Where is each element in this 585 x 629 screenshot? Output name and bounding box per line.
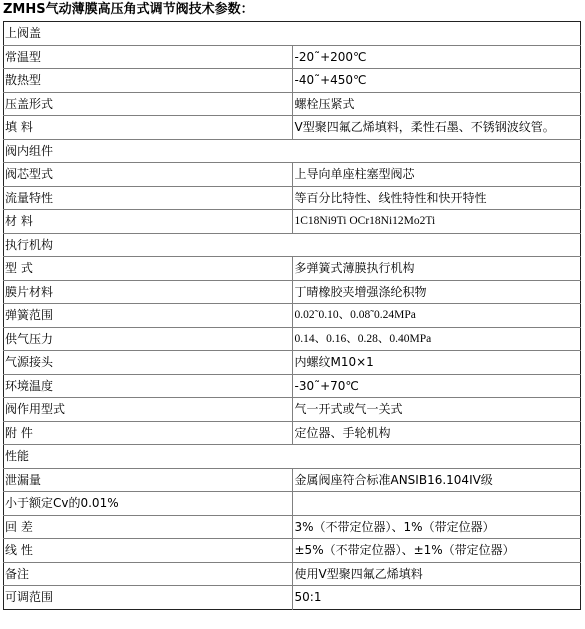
param-label: 流量特性: [4, 186, 293, 210]
table-row: 线 性 ±5%（不带定位器）、±1%（带定位器）: [4, 539, 581, 563]
table-row: 膜片材料 丁晴橡胶夹增强涤纶积物: [4, 280, 581, 304]
param-label: 小于额定Cv的0.01%: [4, 492, 293, 516]
param-value: 丁晴橡胶夹增强涤纶积物: [292, 280, 581, 304]
param-label: 可调范围: [4, 586, 293, 610]
param-label: 弹簧范围: [4, 304, 293, 328]
param-label: 阀作用型式: [4, 398, 293, 422]
param-label: 材 料: [4, 210, 293, 234]
param-label: 气源接头: [4, 351, 293, 375]
table-row: 附 件 定位器、手轮机构: [4, 421, 581, 445]
param-value: [292, 492, 581, 516]
param-label: 线 性: [4, 539, 293, 563]
param-value: 金属阀座符合标准ANSIB16.104IV级: [292, 468, 581, 492]
table-row: 材 料 1C18Ni9Ti OCr18Ni12Mo2Ti: [4, 210, 581, 234]
section-header: 性能: [4, 445, 581, 469]
param-value: ±5%（不带定位器）、±1%（带定位器）: [292, 539, 581, 563]
param-label: 填 料: [4, 116, 293, 140]
section-row-upper-bonnet: 上阀盖: [4, 22, 581, 46]
param-label: 备注: [4, 562, 293, 586]
param-value: 气一开式或气一关式: [292, 398, 581, 422]
param-value: 3%（不带定位器）、1%（带定位器）: [292, 515, 581, 539]
param-label: 型 式: [4, 257, 293, 281]
table-row: 供气压力 0.14、0.16、0.28、0.40MPa: [4, 327, 581, 351]
table-row: 常温型 -20˜+200℃: [4, 45, 581, 69]
param-value: -30˜+70℃: [292, 374, 581, 398]
table-row: 压盖形式 螺栓压紧式: [4, 92, 581, 116]
section-row-actuator: 执行机构: [4, 233, 581, 257]
section-header: 执行机构: [4, 233, 581, 257]
param-value: V型聚四氟乙烯填料，柔性石墨、不锈钢波纹管。: [292, 116, 581, 140]
section-row-trim: 阀内组件: [4, 139, 581, 163]
table-row: 可调范围 50:1: [4, 586, 581, 610]
param-value: 内螺纹M10×1: [292, 351, 581, 375]
param-label: 散热型: [4, 69, 293, 93]
section-header: 阀内组件: [4, 139, 581, 163]
param-label: 阀芯型式: [4, 163, 293, 187]
param-value: 0.02˜0.10、0.08˜0.24MPa: [292, 304, 581, 328]
table-row: 泄漏量 金属阀座符合标准ANSIB16.104IV级: [4, 468, 581, 492]
param-label: 泄漏量: [4, 468, 293, 492]
param-value: 50:1: [292, 586, 581, 610]
param-label: 供气压力: [4, 327, 293, 351]
table-row: 回 差 3%（不带定位器）、1%（带定位器）: [4, 515, 581, 539]
param-value: 定位器、手轮机构: [292, 421, 581, 445]
section-row-performance: 性能: [4, 445, 581, 469]
param-value: -20˜+200℃: [292, 45, 581, 69]
param-value: 1C18Ni9Ti OCr18Ni12Mo2Ti: [292, 210, 581, 234]
table-row: 小于额定Cv的0.01%: [4, 492, 581, 516]
param-label: 环境温度: [4, 374, 293, 398]
param-value: 多弹簧式薄膜执行机构: [292, 257, 581, 281]
table-row: 环境温度 -30˜+70℃: [4, 374, 581, 398]
table-row: 阀芯型式 上导向单座柱塞型阀芯: [4, 163, 581, 187]
table-row: 阀作用型式 气一开式或气一关式: [4, 398, 581, 422]
table-row: 弹簧范围 0.02˜0.10、0.08˜0.24MPa: [4, 304, 581, 328]
table-row: 流量特性 等百分比特性、线性特性和快开特性: [4, 186, 581, 210]
param-label: 附 件: [4, 421, 293, 445]
section-header: 上阀盖: [4, 22, 581, 46]
param-label: 常温型: [4, 45, 293, 69]
spec-table: 上阀盖 常温型 -20˜+200℃ 散热型 -40˜+450℃ 压盖形式 螺栓压…: [3, 21, 581, 610]
table-row: 填 料 V型聚四氟乙烯填料，柔性石墨、不锈钢波纹管。: [4, 116, 581, 140]
table-row: 散热型 -40˜+450℃: [4, 69, 581, 93]
table-row: 型 式 多弹簧式薄膜执行机构: [4, 257, 581, 281]
table-row: 气源接头 内螺纹M10×1: [4, 351, 581, 375]
param-value: 上导向单座柱塞型阀芯: [292, 163, 581, 187]
param-value: 等百分比特性、线性特性和快开特性: [292, 186, 581, 210]
param-value: 0.14、0.16、0.28、0.40MPa: [292, 327, 581, 351]
param-label: 回 差: [4, 515, 293, 539]
page-title: ZMHS气动薄膜高压角式调节阀技术参数：: [3, 1, 254, 19]
param-value: -40˜+450℃: [292, 69, 581, 93]
param-value: 使用V型聚四氟乙烯填料: [292, 562, 581, 586]
param-label: 膜片材料: [4, 280, 293, 304]
param-label: 压盖形式: [4, 92, 293, 116]
param-value: 螺栓压紧式: [292, 92, 581, 116]
table-row: 备注 使用V型聚四氟乙烯填料: [4, 562, 581, 586]
